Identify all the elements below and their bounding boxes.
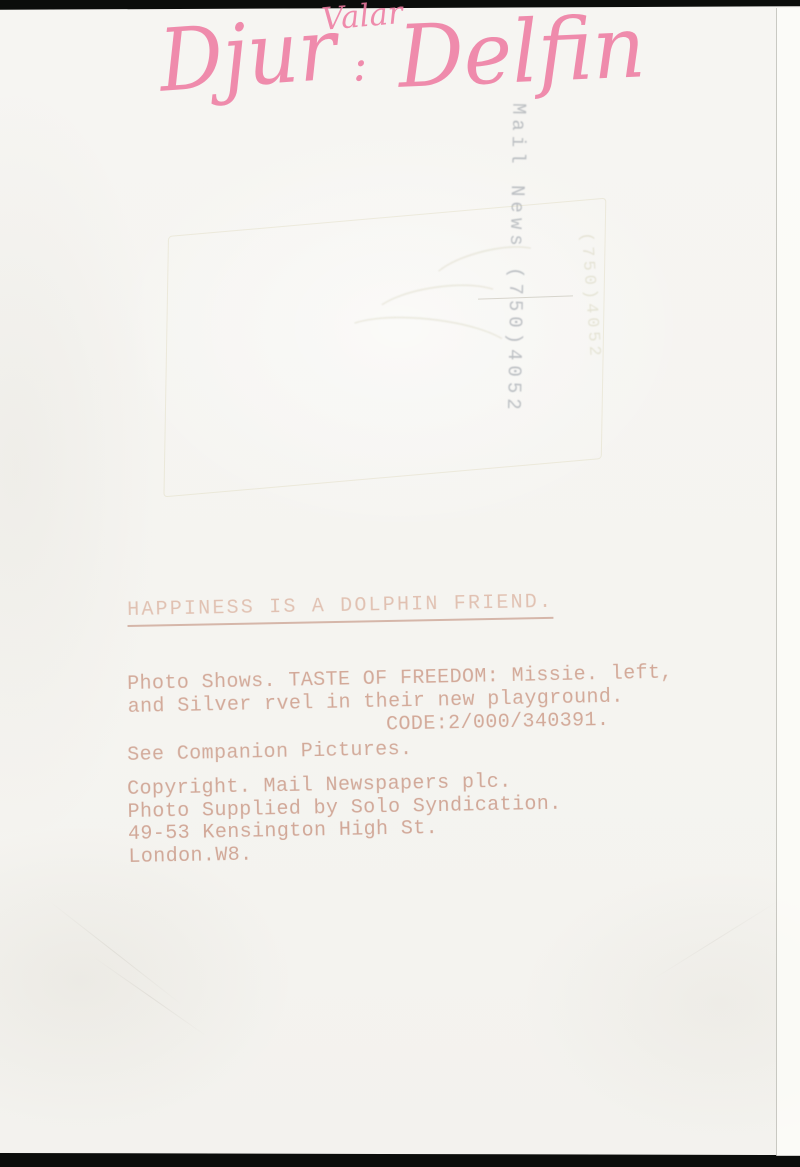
paper-crease xyxy=(651,900,779,980)
companion-note: See Companion Pictures. xyxy=(127,738,413,767)
paper-crease xyxy=(48,900,183,1005)
caption-body: Photo Shows. TASTE OF FREEDOM: Missie. l… xyxy=(127,662,674,742)
caption-headline: HAPPINESS IS A DOLPHIN FRIEND. xyxy=(127,591,554,627)
handwritten-colon: : xyxy=(350,37,369,92)
photo-verso-scan: Valar Djur : Delfin Mail News (750)4052 … xyxy=(0,0,800,1167)
paper-right-margin xyxy=(777,8,800,1156)
copyright-block: Copyright. Mail Newspapers plc. Photo Su… xyxy=(127,771,563,869)
paper-crease xyxy=(92,956,207,1037)
handwritten-category-djur: Djur xyxy=(156,0,339,112)
paper-right-edge xyxy=(776,8,777,1156)
handwritten-category-delfin: Delfin xyxy=(396,0,647,108)
scan-bottom-border xyxy=(0,1153,800,1167)
